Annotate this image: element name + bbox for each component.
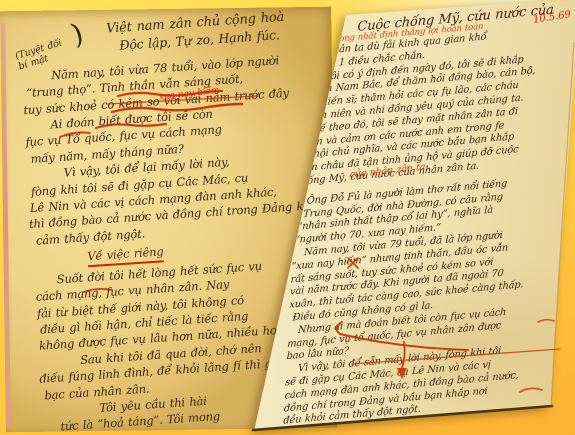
right-page: 10.5.69 Cuộc chống Mỹ, cứu nước của song… [0, 0, 575, 435]
manuscript-photo: (Tuyệt đối bí mật ) Việt nam zân chủ cộn… [0, 0, 575, 435]
right-page-wrap: 10.5.69 Cuộc chống Mỹ, cứu nước của song… [0, 0, 575, 435]
right-page-text: Cuộc chống Mỹ, cứu nước của song nhất đị… [281, 0, 575, 429]
